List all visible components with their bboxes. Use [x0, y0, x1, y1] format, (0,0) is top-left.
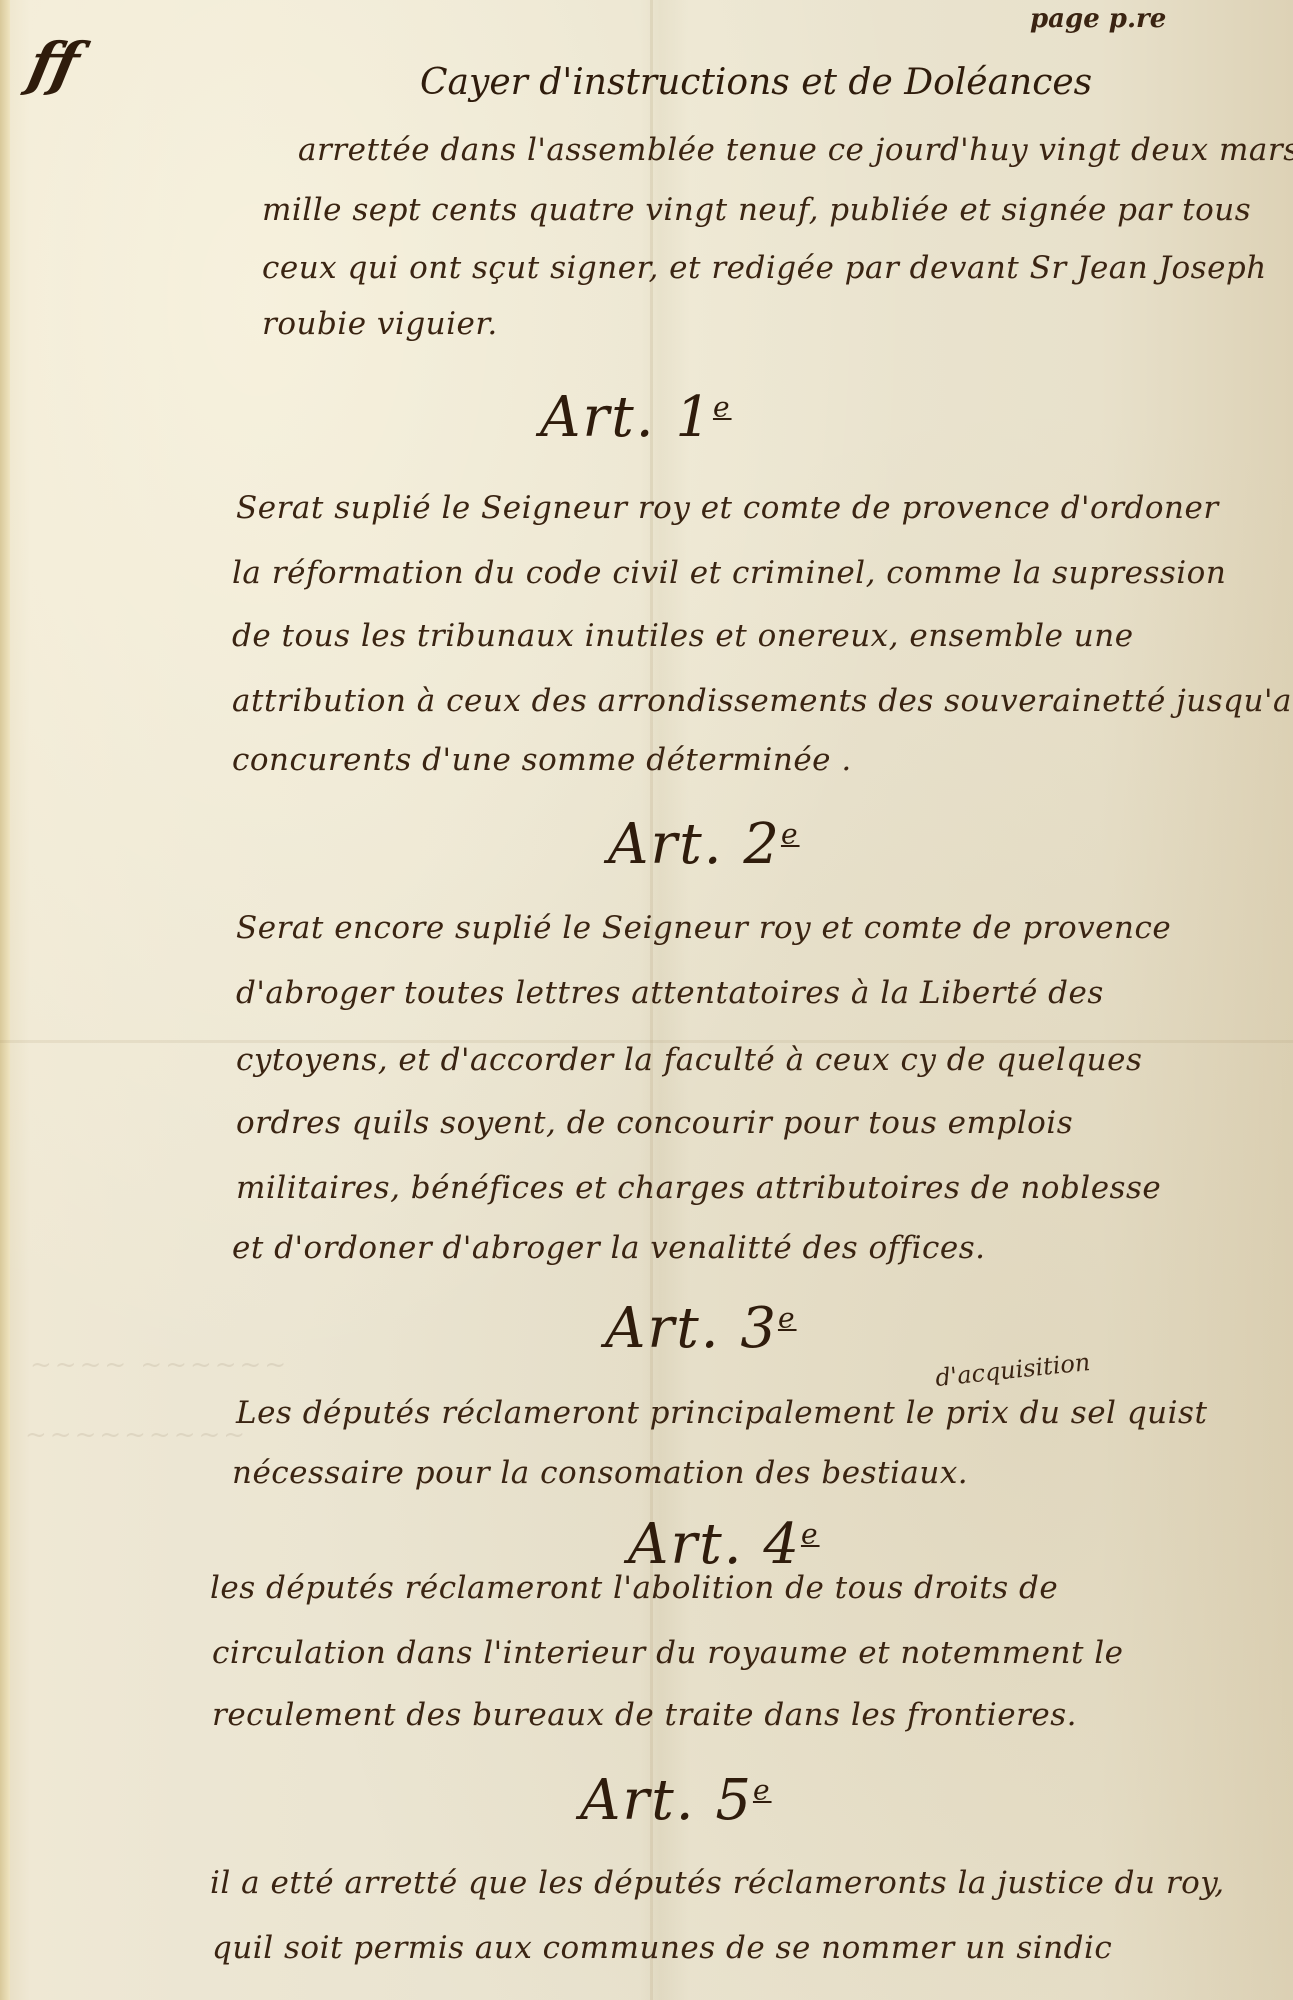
preamble-line: ceux qui ont sçut signer, et redigée par…: [262, 250, 1267, 286]
manuscript-page: ~~~~ ~~~~~~ ~~~~~~~~~ ff page p.re Cayer…: [0, 0, 1293, 2000]
article-line: quil soit permis aux communes de se nomm…: [212, 1930, 1112, 1966]
preamble-line: mille sept cents quatre vingt neuf, publ…: [262, 192, 1251, 228]
article-line: militaires, bénéfices et charges attribu…: [236, 1170, 1161, 1206]
folio-mark: ff: [23, 30, 85, 98]
article-line: concurents d'une somme déterminée .: [232, 742, 852, 778]
page-edge: [0, 0, 10, 2000]
article-line: circulation dans l'interieur du royaume …: [212, 1635, 1124, 1671]
article-line: il a etté arretté que les députés réclam…: [210, 1865, 1225, 1901]
article-line: reculement des bureaux de traite dans le…: [212, 1697, 1077, 1733]
article-line: attribution à ceux des arrondissements d…: [232, 683, 1293, 719]
article-line: Les députés réclameront principalement l…: [236, 1395, 1207, 1431]
article-heading: Art. 3e: [605, 1296, 797, 1361]
article-line: cytoyens, et d'accorder la faculté à ceu…: [236, 1042, 1142, 1078]
article-line: les députés réclameront l'abolition de t…: [210, 1570, 1058, 1606]
article-heading: Art. 2e: [608, 812, 800, 877]
article-line: de tous les tribunaux inutiles et onereu…: [232, 618, 1134, 654]
article-heading: Art. 5e: [580, 1768, 772, 1833]
article-line: la réformation du code civil et criminel…: [232, 555, 1226, 591]
document-title: Cayer d'instructions et de Doléances: [420, 62, 1092, 103]
article-line: ordres quils soyent, de concourir pour t…: [236, 1105, 1073, 1141]
article-line: Serat suplié le Seigneur roy et comte de…: [236, 490, 1219, 526]
article-line: Serat encore suplié le Seigneur roy et c…: [236, 910, 1171, 946]
show-through-text: ~~~~ ~~~~~~: [30, 1350, 289, 1380]
interlinear-correction: d'acquisition: [934, 1348, 1092, 1392]
article-heading: Art. 1e: [540, 385, 732, 450]
article-line: nécessaire pour la consomation des besti…: [232, 1455, 968, 1491]
article-line: et d'ordoner d'abroger la venalitté des …: [232, 1230, 985, 1266]
article-heading: Art. 4e: [628, 1512, 820, 1577]
preamble-line: roubie viguier.: [262, 306, 498, 342]
page-label: page p.re: [1030, 4, 1166, 34]
show-through-text: ~~~~~~~~~: [25, 1420, 248, 1450]
preamble-line: arrettée dans l'assemblée tenue ce jourd…: [298, 132, 1293, 168]
article-line: d'abroger toutes lettres attentatoires à…: [236, 975, 1104, 1011]
